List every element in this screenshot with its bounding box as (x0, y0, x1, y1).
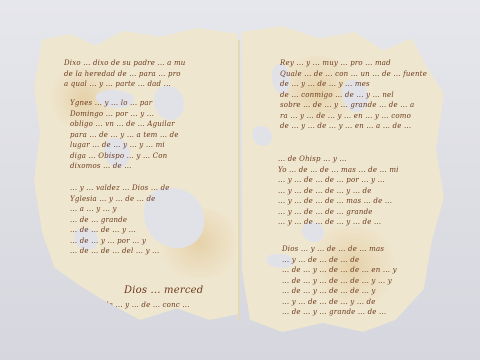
text-line: ... de ... de ... y ... (70, 225, 170, 236)
text-line: ... y ... de ... de ... por ... y ... (278, 175, 399, 186)
text-line: obligo ... vn ... de ... Aguilar (70, 119, 179, 130)
text-block: Rey ... y ... muy ... pro ... mad Quale … (280, 58, 427, 132)
text-block: Dios ... y ... de ... de ... mas ... y .… (282, 244, 397, 318)
text-line: Quale ... de ... con ... un ... de ... f… (280, 69, 427, 80)
text-block: Dixo ... dixo de su padre ... a mu de la… (64, 58, 186, 90)
text-line: de ... y ... de ... y ... en ... a ... d… (280, 121, 427, 132)
text-line: lugar ... de ... y ... y ... mi (70, 140, 179, 151)
text-line: ... de ... y ... por ... y (70, 236, 170, 247)
text-line: Ygnes ... y ... lo ... par (70, 98, 179, 109)
text-line: ... de ... y ... grande ... de ... (282, 307, 397, 318)
text-line: Domingo ... por ... y ... (70, 109, 179, 120)
text-line: diga ... Obispo ... y ... Con (70, 151, 179, 162)
text-line: ... y ... de ... de ... y ... de (282, 297, 397, 308)
text-line: Dios ... merced (124, 286, 203, 297)
text-line: ra ... y ... de ... y ... en ... y ... c… (280, 111, 427, 122)
text-block: ... de Ohisp ... y ... Yo ... de ... de … (278, 154, 399, 228)
text-line: para ... de ... y ... a tem ... de (70, 130, 179, 141)
page-gutter (238, 40, 240, 320)
text-line: ... de ... y ... de ... de ... en ... y (282, 265, 397, 276)
text-line: Dixo ... dixo de su padre ... a mu (64, 58, 186, 69)
text-line: ... de ... y ... de ... de ... y ... y (282, 276, 397, 287)
text-line: ... y ... de ... de ... mas ... de ... (278, 196, 399, 207)
text-line: ... y ... de ... de ... y ... de ... (278, 217, 399, 228)
text-line: ... de ... de ... del ... y ... (70, 246, 170, 257)
text-block: Ygnes ... y ... lo ... par Domingo ... p… (70, 98, 179, 172)
paper-hole (252, 126, 272, 146)
text-line: ... y ... de ... de ... de (282, 255, 397, 266)
text-line: Yo ... de ... de ... mas ... de ... mi (278, 165, 399, 176)
text-line: sobre ... de ... y ... grande ... de ...… (280, 100, 427, 111)
text-line: Yglesia ... y ... de ... de (70, 194, 170, 205)
text-line: de ... y ... de ... y ... mes (280, 79, 427, 90)
text-line: Dios ... y ... de ... de ... mas (282, 244, 397, 255)
text-block: ... y ... valdez ... Dios ... de Yglesia… (70, 183, 170, 257)
text-line: ... y ... de ... de ... grande (278, 207, 399, 218)
text-line: ... y ... valdez ... Dios ... de (70, 183, 170, 194)
text-line: de la heredad de ... para ... pro (64, 69, 186, 80)
text-line: de ... conmigo ... de ... y ... nel (280, 90, 427, 101)
text-line: ... de Ohisp ... y ... (278, 154, 399, 165)
text-line: dixomos ... de ... (70, 161, 179, 172)
text-line: ... a ... y ... y (70, 204, 170, 215)
text-line: ... de ... grande (70, 215, 170, 226)
text-block: Dios ... merced (124, 286, 203, 297)
text-line: ... y ... de ... de ... y ... de (278, 186, 399, 197)
text-line: a qual ... y ... parte ... dad ... (64, 79, 186, 90)
manuscript-right-page: Rey ... y ... muy ... pro ... mad Quale … (242, 26, 444, 332)
text-line: Rey ... y ... muy ... pro ... mad (280, 58, 427, 69)
text-line: ... de ... y ... de ... de ... y (282, 286, 397, 297)
